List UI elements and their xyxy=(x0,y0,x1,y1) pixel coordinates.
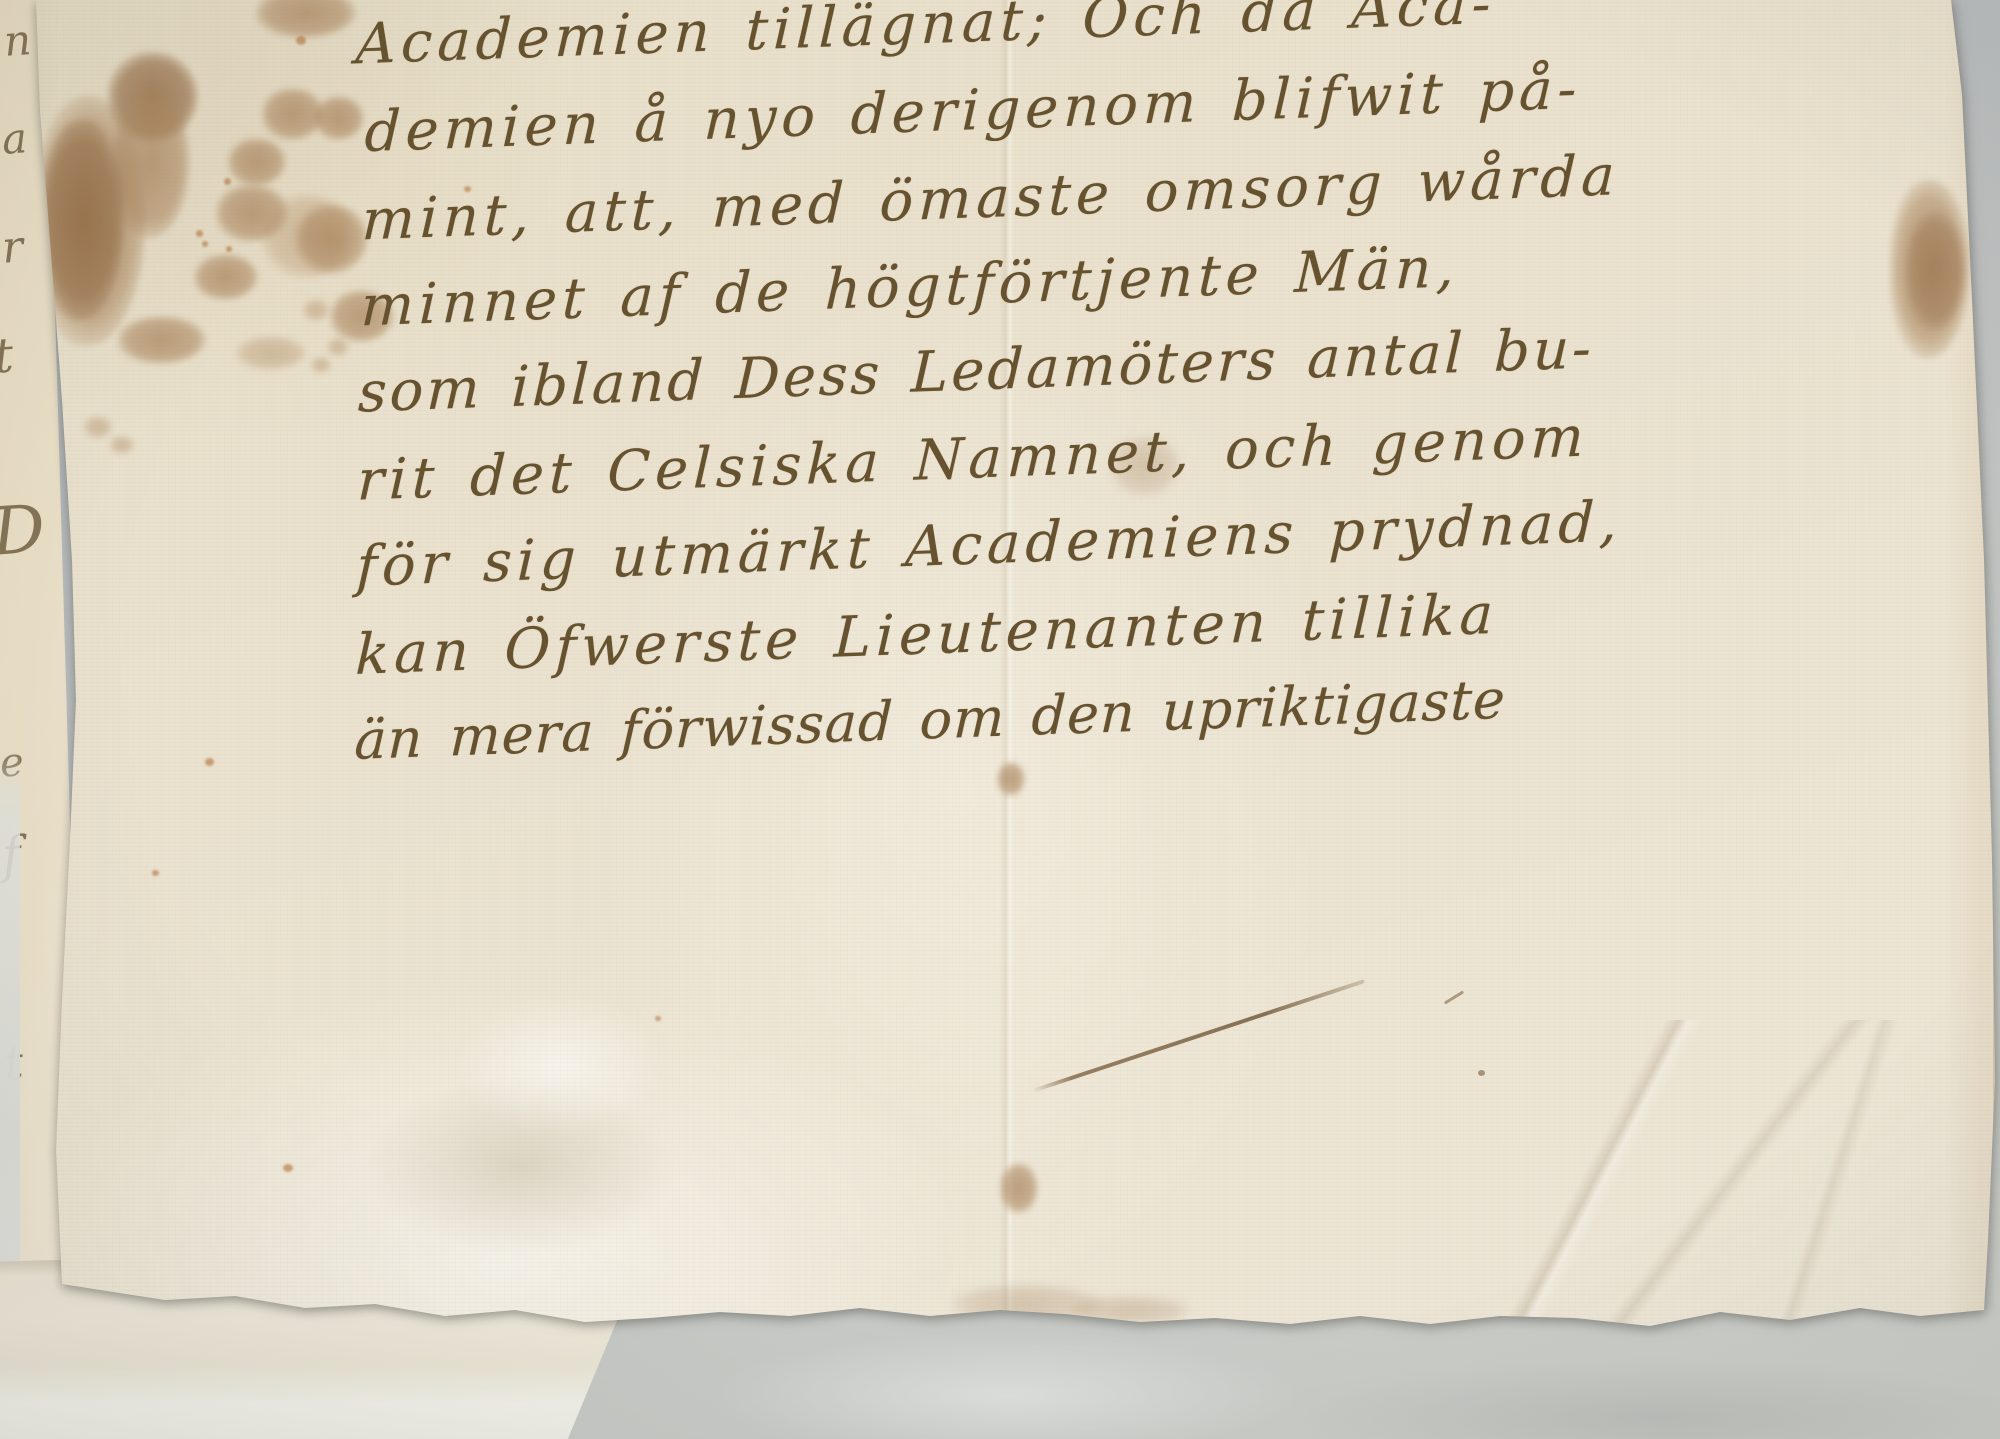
ink-stain xyxy=(226,246,232,252)
manuscript-line: demien å nyo derigenom blifwit på- xyxy=(364,57,1583,166)
ink-stain xyxy=(224,178,231,185)
manuscript-line: minnet af de högtförtjente Män, xyxy=(360,235,1460,339)
pen-flourish-dot xyxy=(1478,1070,1485,1076)
ink-stain xyxy=(202,241,208,247)
ink-stain xyxy=(196,230,203,237)
ink-stain xyxy=(283,1164,293,1172)
manuscript-line: kan Öfwerste Lieutenanten tillika xyxy=(354,582,1499,688)
manuscript-text: Academien tillägnat; Och då Aca- demien … xyxy=(310,0,1799,829)
manuscript-sheet-shadow-wrap: Academien tillägnat; Och då Aca- demien … xyxy=(0,0,2000,1439)
manuscript-photograph: n a r t D e f t i L xyxy=(0,0,2000,1439)
ink-stain xyxy=(152,870,159,876)
manuscript-page: Academien tillägnat; Och då Aca- demien … xyxy=(0,0,2000,1439)
manuscript-line: än mera förwissad om den upriktigaste xyxy=(353,668,1507,772)
ink-stain xyxy=(205,758,214,766)
corner-wrinkles xyxy=(1240,1020,2000,1330)
ink-stain xyxy=(655,1016,661,1021)
ink-stain xyxy=(296,36,306,45)
